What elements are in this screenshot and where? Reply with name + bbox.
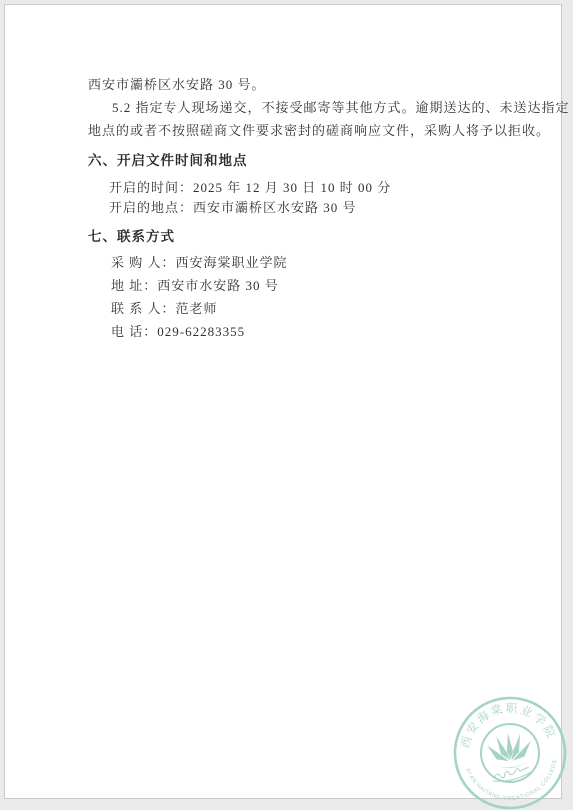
seal-flower-icon — [486, 731, 533, 770]
section-heading-contact-info: 七、联系方式 — [88, 229, 175, 245]
clause-5-2-line-1: 5.2 指定专人现场递交，不接受邮寄等其他方式。逾期送达的、未送达指定 — [112, 100, 570, 116]
open-time-line: 开启的时间：2025 年 12 月 30 日 10 时 00 分 — [109, 180, 391, 196]
contact-person-line: 联 系 人：范老师 — [111, 301, 218, 317]
phone-line: 电 话：029-62283355 — [111, 324, 245, 340]
clause-5-2-line-2: 地点的或者不按照磋商文件要求密封的磋商响应文件，采购人将予以拒收。 — [88, 123, 550, 139]
document-page: 西安市灞桥区水安路 30 号。 5.2 指定专人现场递交，不接受邮寄等其他方式。… — [4, 4, 562, 799]
open-place-line: 开启的地点：西安市灞桥区水安路 30 号 — [109, 200, 357, 216]
address-line: 地 址：西安市水安路 30 号 — [111, 278, 279, 294]
college-seal: 西安海棠职业学院 XI'AN HAITANG VOCATIONAL COLLEG… — [450, 693, 570, 810]
address-continuation-line: 西安市灞桥区水安路 30 号。 — [88, 77, 266, 93]
section-heading-open-time-place: 六、开启文件时间和地点 — [88, 153, 248, 169]
buyer-line: 采 购 人：西安海棠职业学院 — [111, 255, 288, 271]
